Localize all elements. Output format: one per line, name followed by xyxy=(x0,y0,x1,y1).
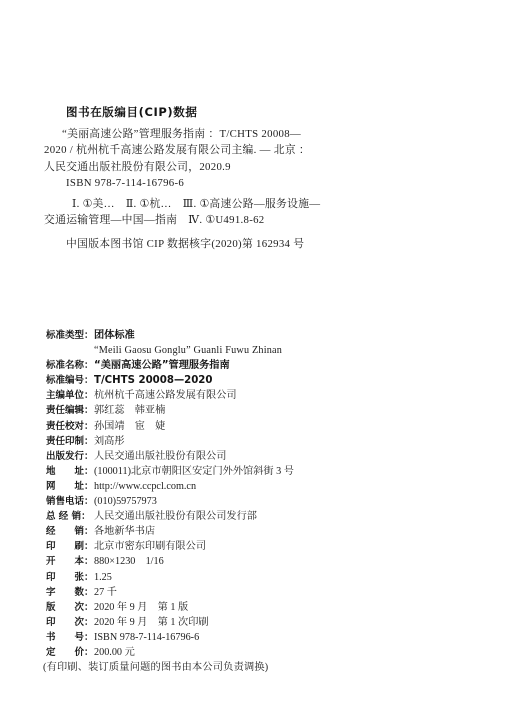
publication-row-value: 孙国靖 宦 婕 xyxy=(94,421,165,432)
publication-row-value: “美丽高速公路”管理服务指南 xyxy=(94,360,230,371)
publication-row: 标准类型：团体标准 xyxy=(46,328,476,343)
publication-row-label: 主编单位： xyxy=(46,388,94,403)
publication-row-value: “Meili Gaosu Gonglu” Guanli Fuwu Zhinan xyxy=(94,345,282,356)
publication-row: 责任校对：孙国靖 宦 婕 xyxy=(46,419,476,434)
publication-row-value: 2020 年 9 月 第 1 次印刷 xyxy=(94,617,209,628)
publication-row-value: 1.25 xyxy=(94,572,112,583)
cip-record-number-line: 中国版本图书馆 CIP 数据核字(2020)第 162934 号 xyxy=(44,236,364,252)
publication-row-label: 印 张： xyxy=(46,570,94,585)
publication-row: 字 数：27 千 xyxy=(46,585,476,600)
cip-line: 2020 / 杭州杭千高速公路发展有限公司主编. — 北京 ： xyxy=(44,142,364,158)
publication-row-label: 印 刷： xyxy=(46,539,94,554)
publication-row-value: 杭州杭千高速公路发展有限公司 xyxy=(94,390,237,401)
publication-row: 书 号：ISBN 978-7-114-16796-6 xyxy=(46,630,476,645)
publication-row-value: ISBN 978-7-114-16796-6 xyxy=(94,632,199,643)
publication-row: 总 经 销：人民交通出版社股份有限公司发行部 xyxy=(46,509,476,524)
cip-classification-line: Ⅰ. ①美… Ⅱ. ①杭… Ⅲ. ①高速公路—服务设施— xyxy=(44,196,364,212)
publication-row-label: 责任校对： xyxy=(46,419,94,434)
cip-heading: 图书在版编目(CIP)数据 xyxy=(66,104,197,120)
publication-row-label: 字 数： xyxy=(46,585,94,600)
publication-row: 出版发行：人民交通出版社股份有限公司 xyxy=(46,449,476,464)
publication-row-label: 书 号： xyxy=(46,630,94,645)
cip-block: “美丽高速公路”管理服务指南 ：T/CHTS 20008— 2020 / 杭州杭… xyxy=(44,126,364,252)
publication-row: 销售电话：(010)59757973 xyxy=(46,494,476,509)
publication-row-label: 总 经 销： xyxy=(46,509,94,524)
publication-row: 标准编号：T/CHTS 20008—2020 xyxy=(46,373,476,388)
publication-row-label: 责任印制： xyxy=(46,434,94,449)
copyright-page: 图书在版编目(CIP)数据 “美丽高速公路”管理服务指南 ：T/CHTS 200… xyxy=(0,0,520,712)
cip-line: 人民交通出版社股份有限公司，2020.9 xyxy=(44,159,364,175)
publication-row-label: 开 本： xyxy=(46,554,94,569)
publication-row-label: 网 址： xyxy=(46,479,94,494)
publication-row-value: 27 千 xyxy=(94,587,117,598)
publication-info: 标准类型：团体标准 “Meili Gaosu Gonglu” Guanli Fu… xyxy=(46,328,476,675)
publication-row-value: 北京市密东印刷有限公司 xyxy=(94,541,206,552)
cip-line: “美丽高速公路”管理服务指南 ：T/CHTS 20008— xyxy=(44,126,364,142)
publication-row-value: 团体标准 xyxy=(94,330,135,341)
publication-row-label: 标准类型： xyxy=(46,328,94,343)
publication-row-label: 经 销： xyxy=(46,524,94,539)
publication-row: 责任印制：刘高彤 xyxy=(46,434,476,449)
publication-row-value: 郭红蕊 韩亚楠 xyxy=(94,405,165,416)
publication-row-label: 销售电话： xyxy=(46,494,94,509)
publication-row-value: 2020 年 9 月 第 1 版 xyxy=(94,602,188,613)
cip-classification-line: 交通运输管理—中国—指南 Ⅳ. ①U491.8-62 xyxy=(44,212,364,228)
publication-row: 印 次：2020 年 9 月 第 1 次印刷 xyxy=(46,615,476,630)
publication-row-label: 标准编号： xyxy=(46,373,94,388)
publication-row-value: 200.00 元 xyxy=(94,647,135,658)
publication-row: 主编单位：杭州杭千高速公路发展有限公司 xyxy=(46,388,476,403)
publication-row: 经 销：各地新华书店 xyxy=(46,524,476,539)
publication-row-value: 刘高彤 xyxy=(94,436,125,447)
publication-row-value: 人民交通出版社股份有限公司 xyxy=(94,451,226,462)
cip-isbn-line: ISBN 978-7-114-16796-6 xyxy=(44,175,364,191)
publication-row: 开 本：880×1230 1/16 xyxy=(46,554,476,569)
publication-row: 印 刷：北京市密东印刷有限公司 xyxy=(46,539,476,554)
publication-row-label: 标准名称： xyxy=(46,358,94,373)
publication-row-value: 各地新华书店 xyxy=(94,526,155,537)
publication-row-label: 定 价： xyxy=(46,645,94,660)
publication-row-value: (010)59757973 xyxy=(94,496,157,507)
quality-note: (有印刷、装订质量问题的图书由本公司负责调换) xyxy=(43,660,476,675)
publication-row: 定 价：200.00 元 xyxy=(46,645,476,660)
publication-row-label: 出版发行： xyxy=(46,449,94,464)
publication-row-value: 880×1230 1/16 xyxy=(94,556,164,567)
publication-row: 印 张：1.25 xyxy=(46,570,476,585)
publication-row-value: 人民交通出版社股份有限公司发行部 xyxy=(94,511,257,522)
publication-row: 网 址：http://www.ccpcl.com.cn xyxy=(46,479,476,494)
publication-row: 版 次：2020 年 9 月 第 1 版 xyxy=(46,600,476,615)
publication-row-label: 印 次： xyxy=(46,615,94,630)
publication-row: 地 址：(100011)北京市朝阳区安定门外外馆斜街 3 号 xyxy=(46,464,476,479)
publication-row-label: 责任编辑： xyxy=(46,403,94,418)
publication-row: 责任编辑：郭红蕊 韩亚楠 xyxy=(46,403,476,418)
publication-row-value: T/CHTS 20008—2020 xyxy=(94,375,213,386)
publication-row-value: http://www.ccpcl.com.cn xyxy=(94,481,196,492)
publication-row: “Meili Gaosu Gonglu” Guanli Fuwu Zhinan xyxy=(46,343,476,358)
publication-row-label: 地 址： xyxy=(46,464,94,479)
publication-row-value: (100011)北京市朝阳区安定门外外馆斜街 3 号 xyxy=(94,466,294,477)
publication-row: 标准名称：“美丽高速公路”管理服务指南 xyxy=(46,358,476,373)
publication-row-label: 版 次： xyxy=(46,600,94,615)
